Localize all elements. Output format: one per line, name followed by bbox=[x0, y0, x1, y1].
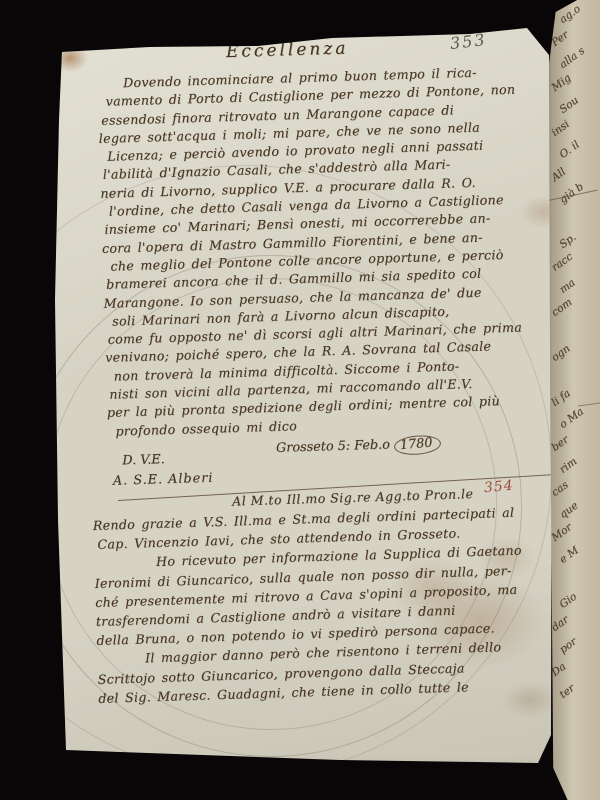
next-page-text-fragments: ag.oPeralla sMigSouinsiO. ilAllgià bSp.r… bbox=[549, 10, 600, 708]
letter2-block: Al M.to Ill.mo Sig.re Agg.to Pron.le Ren… bbox=[92, 483, 566, 708]
manuscript-page: 353 Eccellenza Dovendo incominciare al p… bbox=[0, 0, 600, 800]
letter1-body: Dovendo incominciare al primo buon tempo… bbox=[97, 61, 570, 440]
dateline-place: Grosseto 5: Feb.o bbox=[276, 437, 390, 455]
letter2-body: Rendo grazie a V.S. Ill.ma e St.ma degli… bbox=[93, 501, 567, 708]
letter1-salutation: Eccellenza bbox=[96, 32, 558, 66]
manuscript-photograph: 353 Eccellenza Dovendo incominciare al p… bbox=[0, 0, 600, 800]
letter1-block: Eccellenza Dovendo incominciare al primo… bbox=[96, 32, 571, 488]
dateline-year-circled: 1780 bbox=[393, 434, 441, 457]
